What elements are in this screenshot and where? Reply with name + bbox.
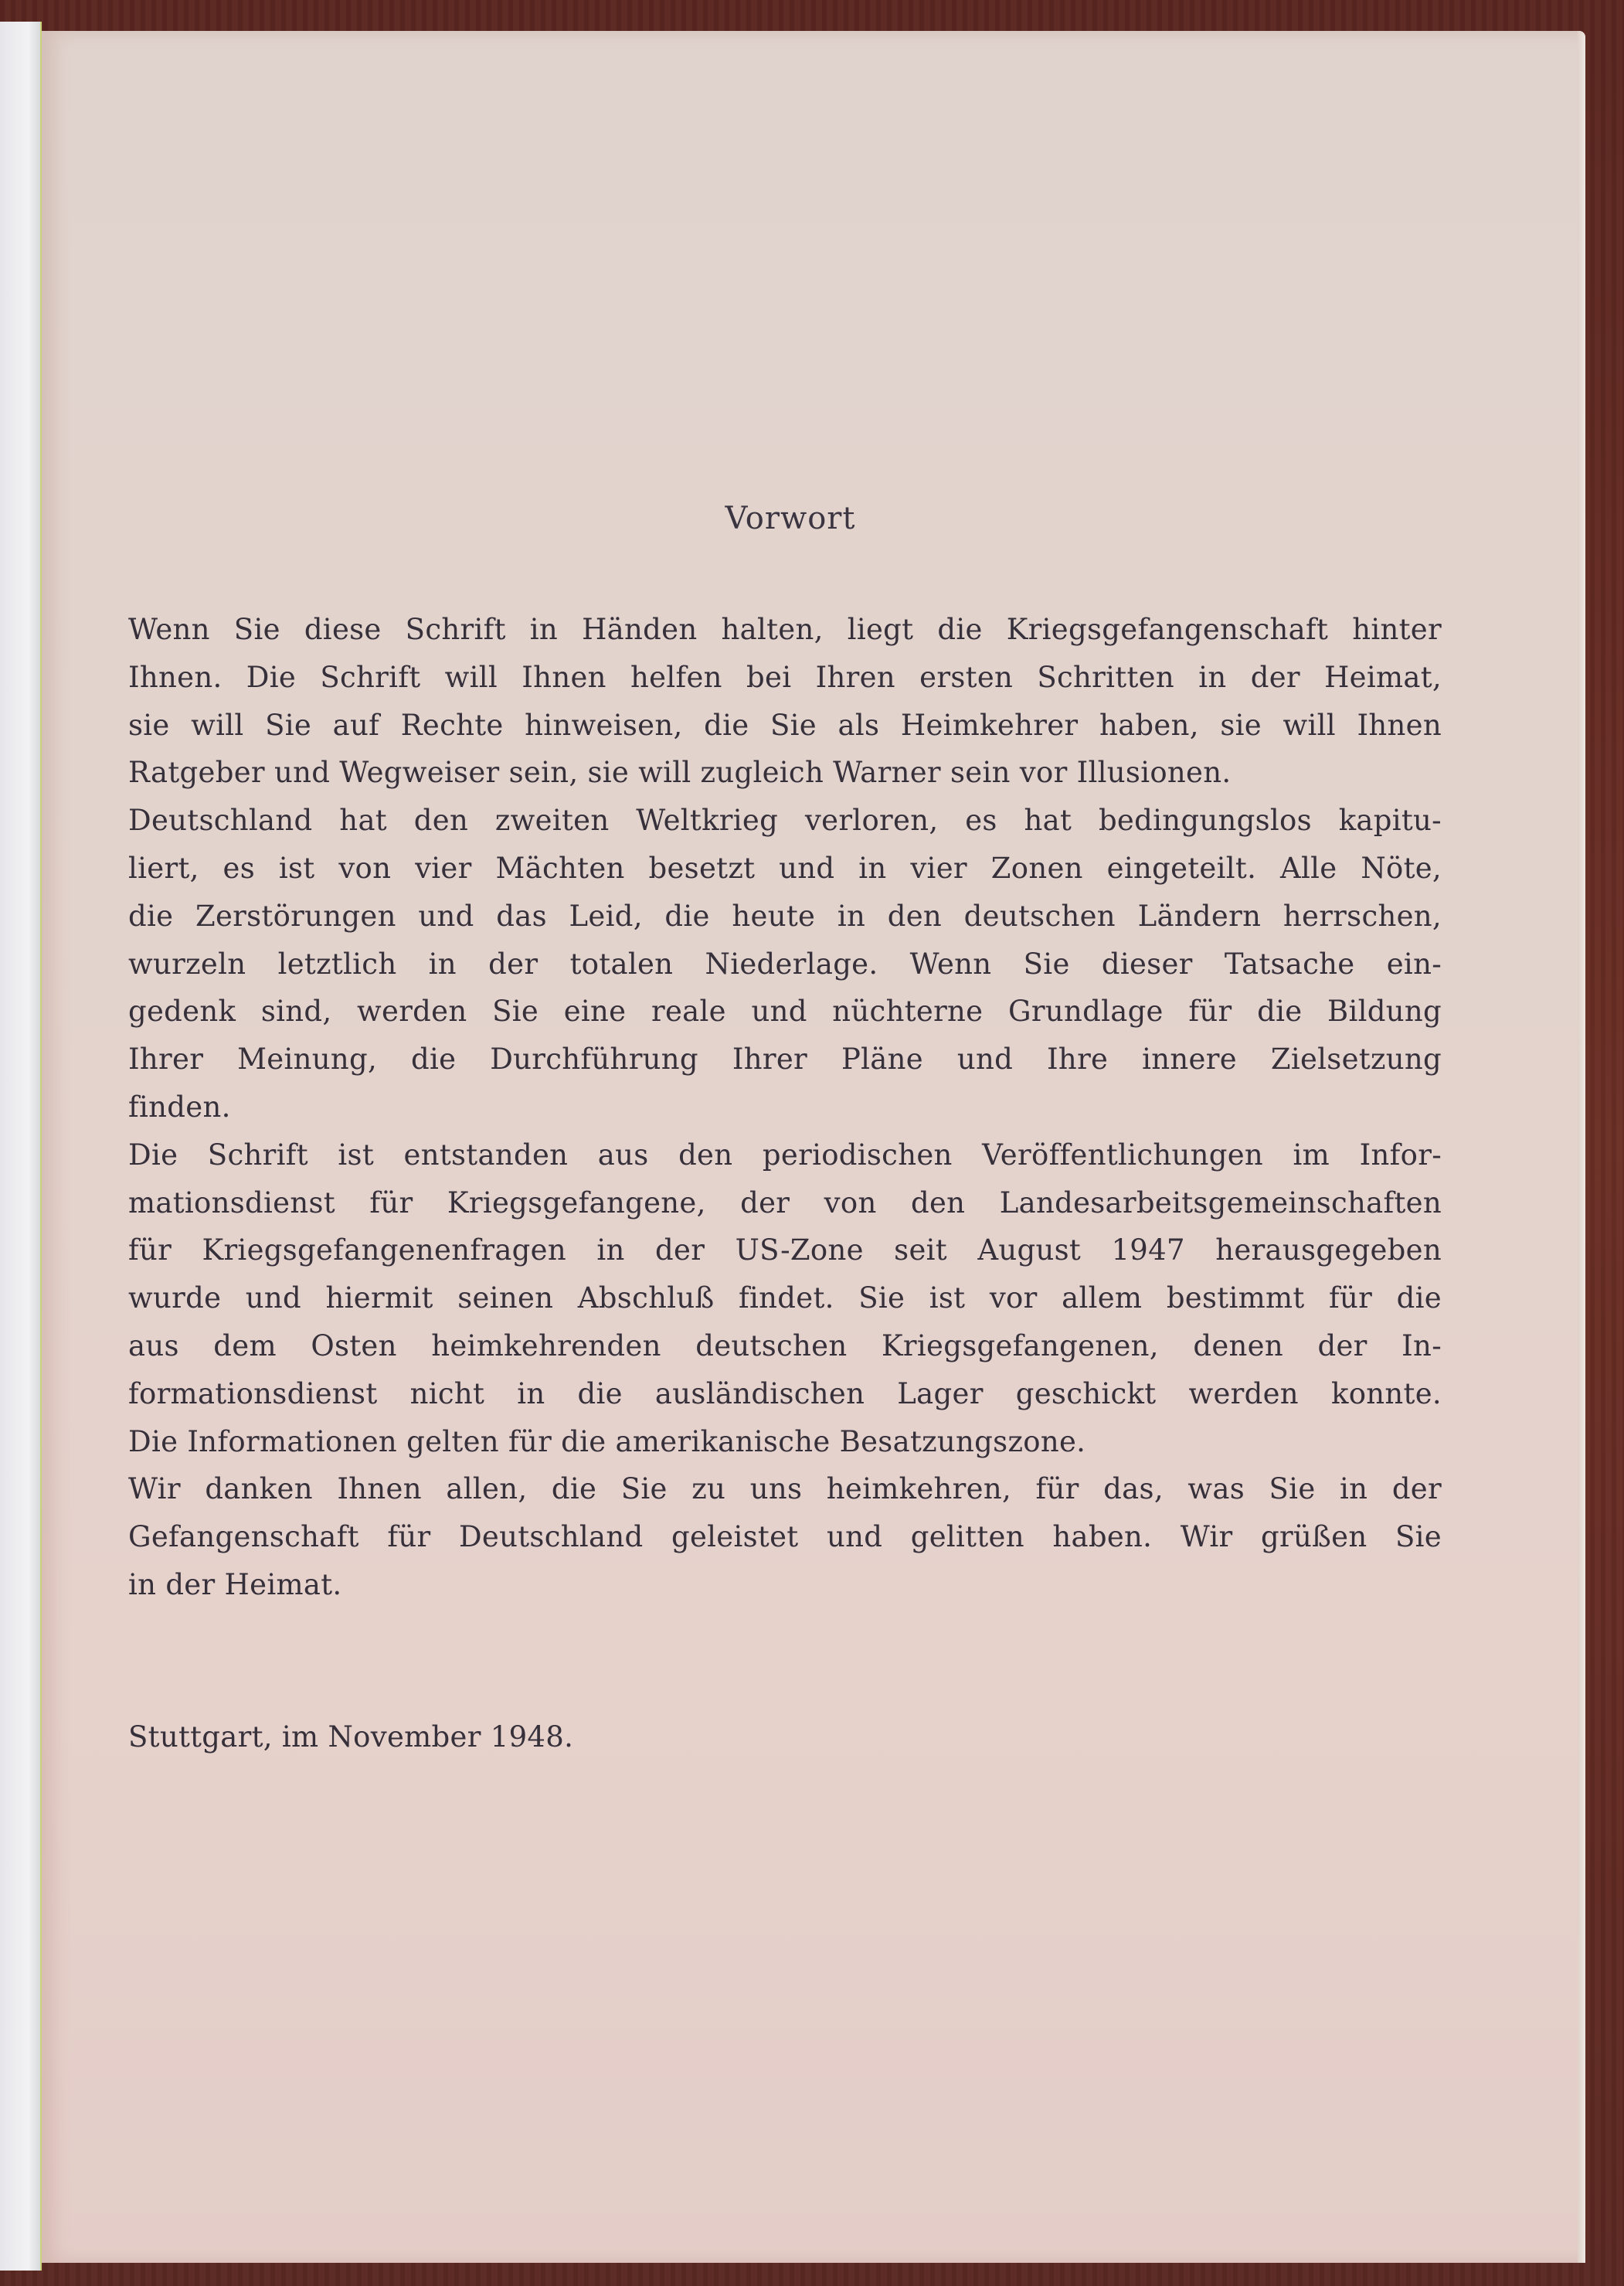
text-line: formationsdienst nicht in die ausländisc…: [128, 1370, 1442, 1418]
text-line: finden.: [128, 1083, 1442, 1131]
text-line: mationsdienst für Kriegsgefangene, der v…: [128, 1179, 1442, 1227]
page-title: Vorwort: [0, 501, 1585, 536]
text-line: in der Heimat.: [128, 1561, 1442, 1609]
text-line: liert, es ist von vier Mächten besetzt u…: [128, 845, 1442, 893]
text-line: wurzeln letztlich in der totalen Niederl…: [128, 941, 1442, 988]
text-line: Ihrer Meinung, die Durchführung Ihrer Pl…: [128, 1036, 1442, 1083]
text-line: Wir danken Ihnen allen, die Sie zu uns h…: [128, 1465, 1442, 1513]
document-page: Vorwort Wenn Sie diese Schrift in Händen…: [42, 31, 1585, 2263]
foreword-body: Wenn Sie diese Schrift in Händen halten,…: [128, 606, 1442, 1609]
text-line: Die Schrift ist entstanden aus den perio…: [128, 1131, 1442, 1179]
text-line: sie will Sie auf Rechte hinweisen, die S…: [128, 702, 1442, 750]
text-line: Die Informationen gelten für die amerika…: [128, 1418, 1442, 1466]
place-date-signature: Stuttgart, im November 1948.: [128, 1720, 573, 1754]
text-line: Ihnen. Die Schrift will Ihnen helfen bei…: [128, 654, 1442, 702]
text-line: für Kriegsgefangenenfragen in der US-Zon…: [128, 1226, 1442, 1274]
text-line: Gefangenschaft für Deutschland geleistet…: [128, 1513, 1442, 1561]
text-line: wurde und hiermit seinen Abschluß findet…: [128, 1274, 1442, 1322]
text-line: Wenn Sie diese Schrift in Händen halten,…: [128, 606, 1442, 654]
left-adjacent-sheet: [0, 22, 42, 2271]
text-line: gedenk sind, werden Sie eine reale und n…: [128, 988, 1442, 1036]
text-line: aus dem Osten heimkehrenden deutschen Kr…: [128, 1322, 1442, 1370]
text-line: Ratgeber und Wegweiser sein, sie will zu…: [128, 749, 1442, 797]
text-line: Deutschland hat den zweiten Weltkrieg ve…: [128, 797, 1442, 845]
page-edge: [1578, 31, 1585, 2263]
text-line: die Zerstörungen und das Leid, die heute…: [128, 893, 1442, 941]
